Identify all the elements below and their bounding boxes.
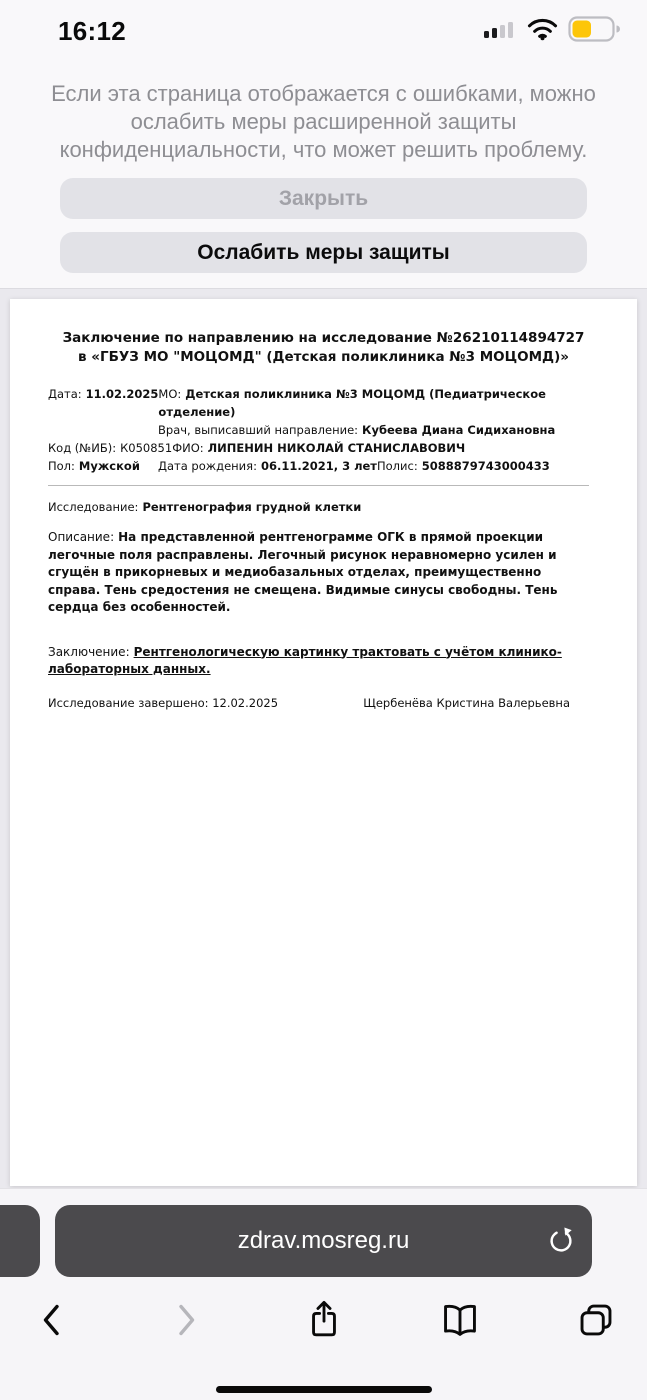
radiologist-name: Щербенёва Кристина Валерьевна (363, 696, 570, 710)
tabs-icon (577, 1301, 615, 1342)
document-fields: Дата:11.02.2025 МО:Детская поликлиника №… (48, 385, 589, 475)
field-row-doctor: Врач, выписавший направление:Кубеева Диа… (48, 421, 589, 439)
field-date: Дата:11.02.2025 (48, 385, 158, 403)
field-row-code-fio: Код (№ИБ):К050851 ФИО:ЛИПЕНИН НИКОЛАЙ СТ… (48, 439, 589, 457)
wifi-icon (526, 16, 559, 46)
home-indicator[interactable] (216, 1386, 432, 1393)
iphone-safari-screen: 16:12 (0, 0, 647, 1400)
navigation-row (0, 1299, 647, 1343)
web-content: Заключение по направлению на исследовани… (0, 289, 647, 1188)
field-code: Код (№ИБ):К050851 (48, 439, 172, 457)
tabs-button[interactable] (574, 1299, 618, 1343)
field-birthdate: Дата рождения:06.11.2021, 3 лет (158, 457, 377, 475)
field-policy: Полис:5088879743000433 (377, 457, 589, 475)
signature-row: Исследование завершено: 12.02.2025 Щербе… (48, 696, 589, 710)
study-completed-text: Исследование завершено: 12.02.2025 (48, 696, 278, 710)
reload-icon (546, 1244, 576, 1259)
bookmarks-icon (440, 1302, 480, 1341)
medical-report-document: Заключение по направлению на исследовани… (10, 299, 637, 1186)
share-button[interactable] (302, 1299, 346, 1343)
field-study: Исследование:Рентгенография грудной клет… (48, 499, 589, 516)
field-sex: Пол:Мужской (48, 457, 158, 475)
bookmarks-button[interactable] (438, 1299, 482, 1343)
url-row: zdrav.mosreg.ru (0, 1205, 647, 1277)
status-bar: 16:12 (0, 0, 647, 62)
status-icons (483, 16, 621, 47)
back-button[interactable] (29, 1299, 73, 1343)
back-icon (40, 1302, 62, 1341)
field-row-sex-birth-policy: Пол:Мужской Дата рождения:06.11.2021, 3 … (48, 457, 589, 475)
url-text: zdrav.mosreg.ru (238, 1227, 410, 1255)
field-doctor: Врач, выписавший направление:Кубеева Диа… (158, 421, 589, 439)
clock: 16:12 (58, 16, 126, 47)
field-conclusion: Заключение:Рентгенологическую картинку т… (48, 644, 589, 679)
cellular-signal-icon (483, 18, 517, 45)
forward-button[interactable] (165, 1299, 209, 1343)
close-button[interactable]: Закрыть (60, 178, 587, 219)
privacy-message: Если эта страница отображается с ошибкам… (31, 80, 616, 164)
document-title: Заключение по направлению на исследовани… (10, 329, 637, 367)
previous-tab-peek[interactable] (0, 1205, 40, 1277)
section-divider (48, 485, 589, 486)
address-bar[interactable]: zdrav.mosreg.ru (55, 1205, 592, 1277)
field-fio: ФИО:ЛИПЕНИН НИКОЛАЙ СТАНИСЛАВОВИЧ (172, 439, 589, 457)
share-icon (306, 1298, 342, 1345)
safari-toolbar: zdrav.mosreg.ru (0, 1188, 647, 1400)
field-row-date-mo: Дата:11.02.2025 МО:Детская поликлиника №… (48, 385, 589, 421)
forward-icon (176, 1302, 198, 1341)
privacy-report-sheet: Если эта страница отображается с ошибкам… (0, 62, 647, 289)
field-description: Описание:На представленной рентгенограмм… (48, 529, 589, 617)
document-title-line1: Заключение по направлению на исследовани… (10, 329, 637, 348)
field-mo: МО:Детская поликлиника №3 МОЦОМД (Педиат… (158, 385, 588, 421)
weaken-protection-button[interactable]: Ослабить меры защиты (60, 232, 587, 273)
battery-icon (568, 16, 621, 47)
reload-button[interactable] (546, 1226, 576, 1256)
document-title-line2: в «ГБУЗ МО "МОЦОМД" (Детская поликлиника… (10, 348, 637, 367)
